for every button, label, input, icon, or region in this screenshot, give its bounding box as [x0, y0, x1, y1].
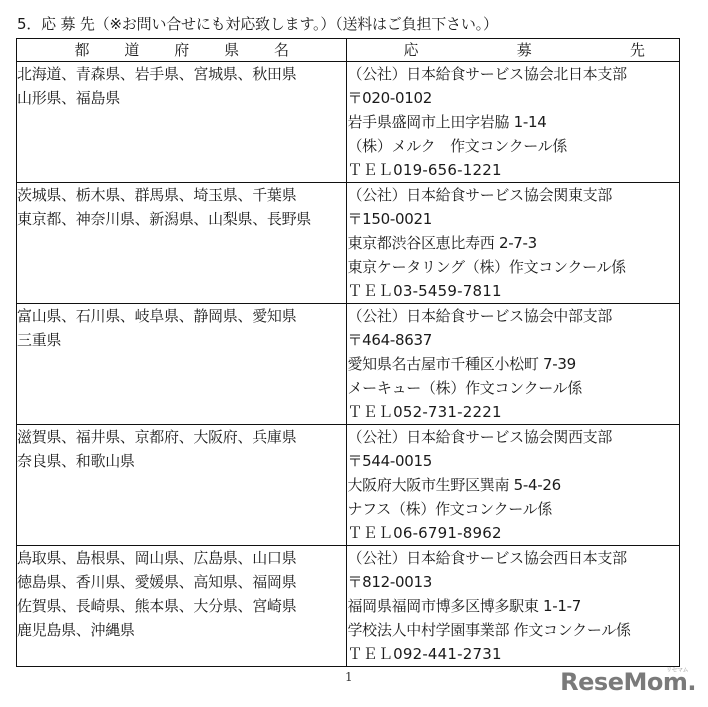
postal-code: 〒544-0015 [347, 449, 679, 473]
recipient: 学校法人中村学園事業部 作文コンクール係 [347, 618, 679, 642]
header-char: 名 [274, 39, 289, 61]
header-char: 府 [174, 39, 189, 61]
destination-table: 都 道 府 県 名 応 募 先 北海道、青森県、岩手県、宮城県、秋田県 山形 [16, 38, 680, 667]
organization: （公社）日本給食サービス協会関東支部 [347, 183, 679, 207]
prefecture-line: 三重県 [17, 328, 346, 352]
prefecture-cell: 鳥取県、島根県、岡山県、広島県、山口県 徳島県、香川県、愛媛県、高知県、福岡県 … [17, 546, 347, 667]
prefecture-line: 鹿児島県、沖縄県 [17, 618, 346, 642]
prefecture-line: 奈良県、和歌山県 [17, 449, 346, 473]
prefecture-cell: 富山県、石川県、岐阜県、静岡県、愛知県 三重県 [17, 304, 347, 425]
header-char: 応 [403, 39, 418, 61]
header-prefecture: 都 道 府 県 名 [17, 39, 347, 62]
table-row: 富山県、石川県、岐阜県、静岡県、愛知県 三重県 （公社）日本給食サービス協会中部… [17, 304, 680, 425]
prefecture-line: 富山県、石川県、岐阜県、静岡県、愛知県 [17, 304, 346, 328]
postal-code: 〒812-0013 [347, 570, 679, 594]
address: 大阪府大阪市生野区巽南 5-4-26 [347, 473, 679, 497]
organization: （公社）日本給食サービス協会西日本支部 [347, 546, 679, 570]
destination-cell: （公社）日本給食サービス協会西日本支部 〒812-0013 福岡県福岡市博多区博… [347, 546, 680, 667]
prefecture-cell: 滋賀県、福井県、京都府、大阪府、兵庫県 奈良県、和歌山県 [17, 425, 347, 546]
telephone: ＴＥＬ06-6791-8962 [347, 521, 679, 545]
recipient: （株）メルク 作文コンクール係 [347, 134, 679, 158]
header-char: 県 [224, 39, 239, 61]
destination-cell: （公社）日本給食サービス協会中部支部 〒464-8637 愛知県名古屋市千種区小… [347, 304, 680, 425]
telephone: ＴＥＬ03-5459-7811 [347, 279, 679, 303]
telephone: ＴＥＬ092-441-2731 [347, 642, 679, 666]
section-heading: 5．応 募 先（※お問い合せにも対応致します。）（送料はご負担下さい。） [17, 14, 498, 34]
prefecture-line: 徳島県、香川県、愛媛県、高知県、福岡県 [17, 570, 346, 594]
telephone: ＴＥＬ052-731-2221 [347, 400, 679, 424]
telephone: ＴＥＬ019-656-1221 [347, 158, 679, 182]
destination-cell: （公社）日本給食サービス協会北日本支部 〒020-0102 岩手県盛岡市上田字岩… [347, 62, 680, 183]
header-char: 先 [630, 39, 645, 61]
header-char: 都 [74, 39, 89, 61]
postal-code: 〒150-0021 [347, 207, 679, 231]
resemom-watermark-logo: ReseMom. リセマム [560, 668, 696, 696]
table-row: 滋賀県、福井県、京都府、大阪府、兵庫県 奈良県、和歌山県 （公社）日本給食サービ… [17, 425, 680, 546]
prefecture-line: 鳥取県、島根県、岡山県、広島県、山口県 [17, 546, 346, 570]
prefecture-line: 佐賀県、長崎県、熊本県、大分県、宮崎県 [17, 594, 346, 618]
organization: （公社）日本給食サービス協会関西支部 [347, 425, 679, 449]
recipient: 東京ケータリング（株）作文コンクール係 [347, 255, 679, 279]
prefecture-cell: 茨城県、栃木県、群馬県、埼玉県、千葉県 東京都、神奈川県、新潟県、山梨県、長野県 [17, 183, 347, 304]
watermark-dot: . [687, 668, 696, 696]
table-header-row: 都 道 府 県 名 応 募 先 [17, 39, 680, 62]
header-destination: 応 募 先 [347, 39, 680, 62]
organization: （公社）日本給食サービス協会中部支部 [347, 304, 679, 328]
address: 愛知県名古屋市千種区小松町 7-39 [347, 352, 679, 376]
prefecture-line: 北海道、青森県、岩手県、宮城県、秋田県 [17, 62, 346, 86]
prefecture-line: 山形県、福島県 [17, 86, 346, 110]
table-row: 北海道、青森県、岩手県、宮城県、秋田県 山形県、福島県 （公社）日本給食サービス… [17, 62, 680, 183]
table-row: 茨城県、栃木県、群馬県、埼玉県、千葉県 東京都、神奈川県、新潟県、山梨県、長野県… [17, 183, 680, 304]
prefecture-line: 東京都、神奈川県、新潟県、山梨県、長野県 [17, 207, 346, 231]
postal-code: 〒020-0102 [347, 86, 679, 110]
header-char: 道 [124, 39, 139, 61]
postal-code: 〒464-8637 [347, 328, 679, 352]
destination-cell: （公社）日本給食サービス協会関西支部 〒544-0015 大阪府大阪市生野区巽南… [347, 425, 680, 546]
address: 福岡県福岡市博多区博多駅東 1-1-7 [347, 594, 679, 618]
recipient: ナフス（株）作文コンクール係 [347, 497, 679, 521]
prefecture-line: 茨城県、栃木県、群馬県、埼玉県、千葉県 [17, 183, 346, 207]
table-row: 鳥取県、島根県、岡山県、広島県、山口県 徳島県、香川県、愛媛県、高知県、福岡県 … [17, 546, 680, 667]
page-number: 1 [345, 670, 353, 684]
watermark-kana: リセマム [666, 665, 688, 674]
address: 岩手県盛岡市上田字岩脇 1-14 [347, 110, 679, 134]
organization: （公社）日本給食サービス協会北日本支部 [347, 62, 679, 86]
header-char: 募 [517, 39, 532, 61]
destination-cell: （公社）日本給食サービス協会関東支部 〒150-0021 東京都渋谷区恵比寿西 … [347, 183, 680, 304]
recipient: メーキュー（株）作文コンクール係 [347, 376, 679, 400]
address: 東京都渋谷区恵比寿西 2-7-3 [347, 231, 679, 255]
prefecture-line: 滋賀県、福井県、京都府、大阪府、兵庫県 [17, 425, 346, 449]
prefecture-cell: 北海道、青森県、岩手県、宮城県、秋田県 山形県、福島県 [17, 62, 347, 183]
